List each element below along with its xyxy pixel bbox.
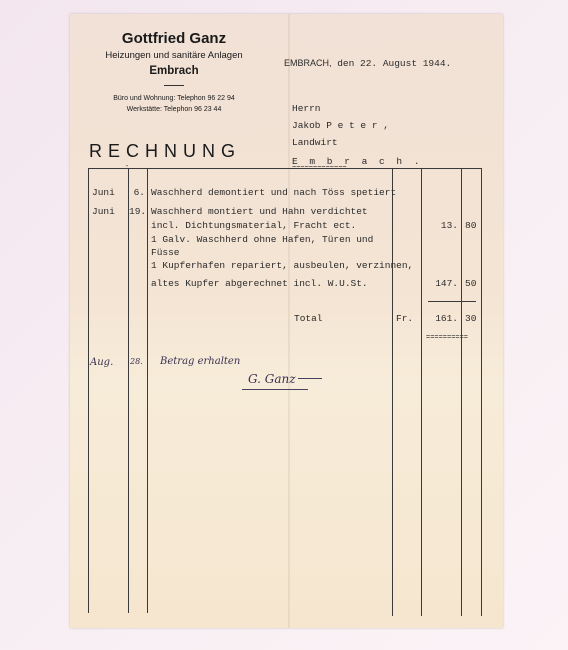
tick-mark: -	[125, 163, 129, 171]
row2-day: 19.	[129, 206, 145, 217]
month-day-divider	[128, 168, 129, 613]
recipient-salutation: Herrn	[292, 103, 321, 114]
desc-currency-divider	[392, 168, 393, 616]
total-double-underline: ==========	[426, 334, 468, 342]
francs-cents-divider	[461, 168, 462, 616]
sum-rule	[428, 301, 476, 302]
row3-cents: 80	[465, 220, 476, 231]
phone-office: Büro und Wohnung: Telephon 96 22 94	[88, 95, 260, 102]
recipient-occupation: Landwirt	[292, 137, 338, 148]
handwritten-day: 28.	[130, 357, 143, 366]
dateline-place: EMBRACH,	[284, 58, 332, 68]
dateline-date: den 22. August 1944.	[337, 58, 451, 69]
signature: G. Ganz	[248, 372, 296, 386]
row7-description: altes Kupfer abgerechnet incl. W.U.St.	[151, 278, 368, 289]
recipient-underline: =============	[292, 165, 347, 173]
total-francs: 161.	[422, 313, 458, 324]
phone-workshop: Werkstätte: Telephon 96 23 44	[88, 106, 260, 113]
day-desc-divider	[147, 168, 148, 613]
total-cents: 30	[465, 313, 476, 324]
row6-description: 1 Kupferhafen repariert, ausbeulen, verz…	[151, 260, 413, 271]
handwritten-note: Betrag erhalten	[160, 356, 240, 367]
row7-francs: 147.	[422, 278, 458, 289]
dateline: EMBRACH, den 22. August 1944.	[284, 58, 451, 69]
table-left-border	[88, 168, 89, 613]
document-title: RECHNUNG	[89, 141, 241, 162]
signature-flourish	[298, 378, 322, 379]
row5-description: Füsse	[151, 247, 180, 258]
row3-francs: 13.	[422, 220, 458, 231]
row2-description: Waschherd montiert und Hahn verdichtet	[151, 206, 368, 217]
currency-francs-divider	[421, 168, 422, 616]
recipient-name: Jakob P e t e r ,	[292, 120, 389, 131]
total-label: Total	[294, 313, 323, 324]
company-name: Gottfried Ganz	[90, 30, 258, 47]
total-currency: Fr.	[396, 313, 413, 324]
row1-description: Waschherd demontiert und nach Töss speti…	[151, 187, 396, 198]
row4-description: 1 Galv. Waschherd ohne Hafen, Türen und	[151, 234, 373, 245]
row3-description: incl. Dichtungsmaterial, Fracht ect.	[151, 220, 356, 231]
row2-month: Juni	[92, 206, 115, 217]
invoice-paper: Gottfried Ganz Heizungen und sanitäre An…	[70, 14, 503, 628]
company-subtitle: Heizungen und sanitäre Anlagen	[82, 50, 266, 61]
table-right-border	[481, 168, 482, 616]
row7-cents: 50	[465, 278, 476, 289]
row1-day: 6.	[129, 187, 145, 198]
signature-underline	[242, 389, 308, 390]
company-town: Embrach	[90, 65, 258, 77]
handwritten-month: Aug.	[90, 357, 113, 368]
row1-month: Juni	[92, 187, 115, 198]
ornament-divider	[164, 85, 184, 86]
paper-fold	[288, 14, 290, 628]
